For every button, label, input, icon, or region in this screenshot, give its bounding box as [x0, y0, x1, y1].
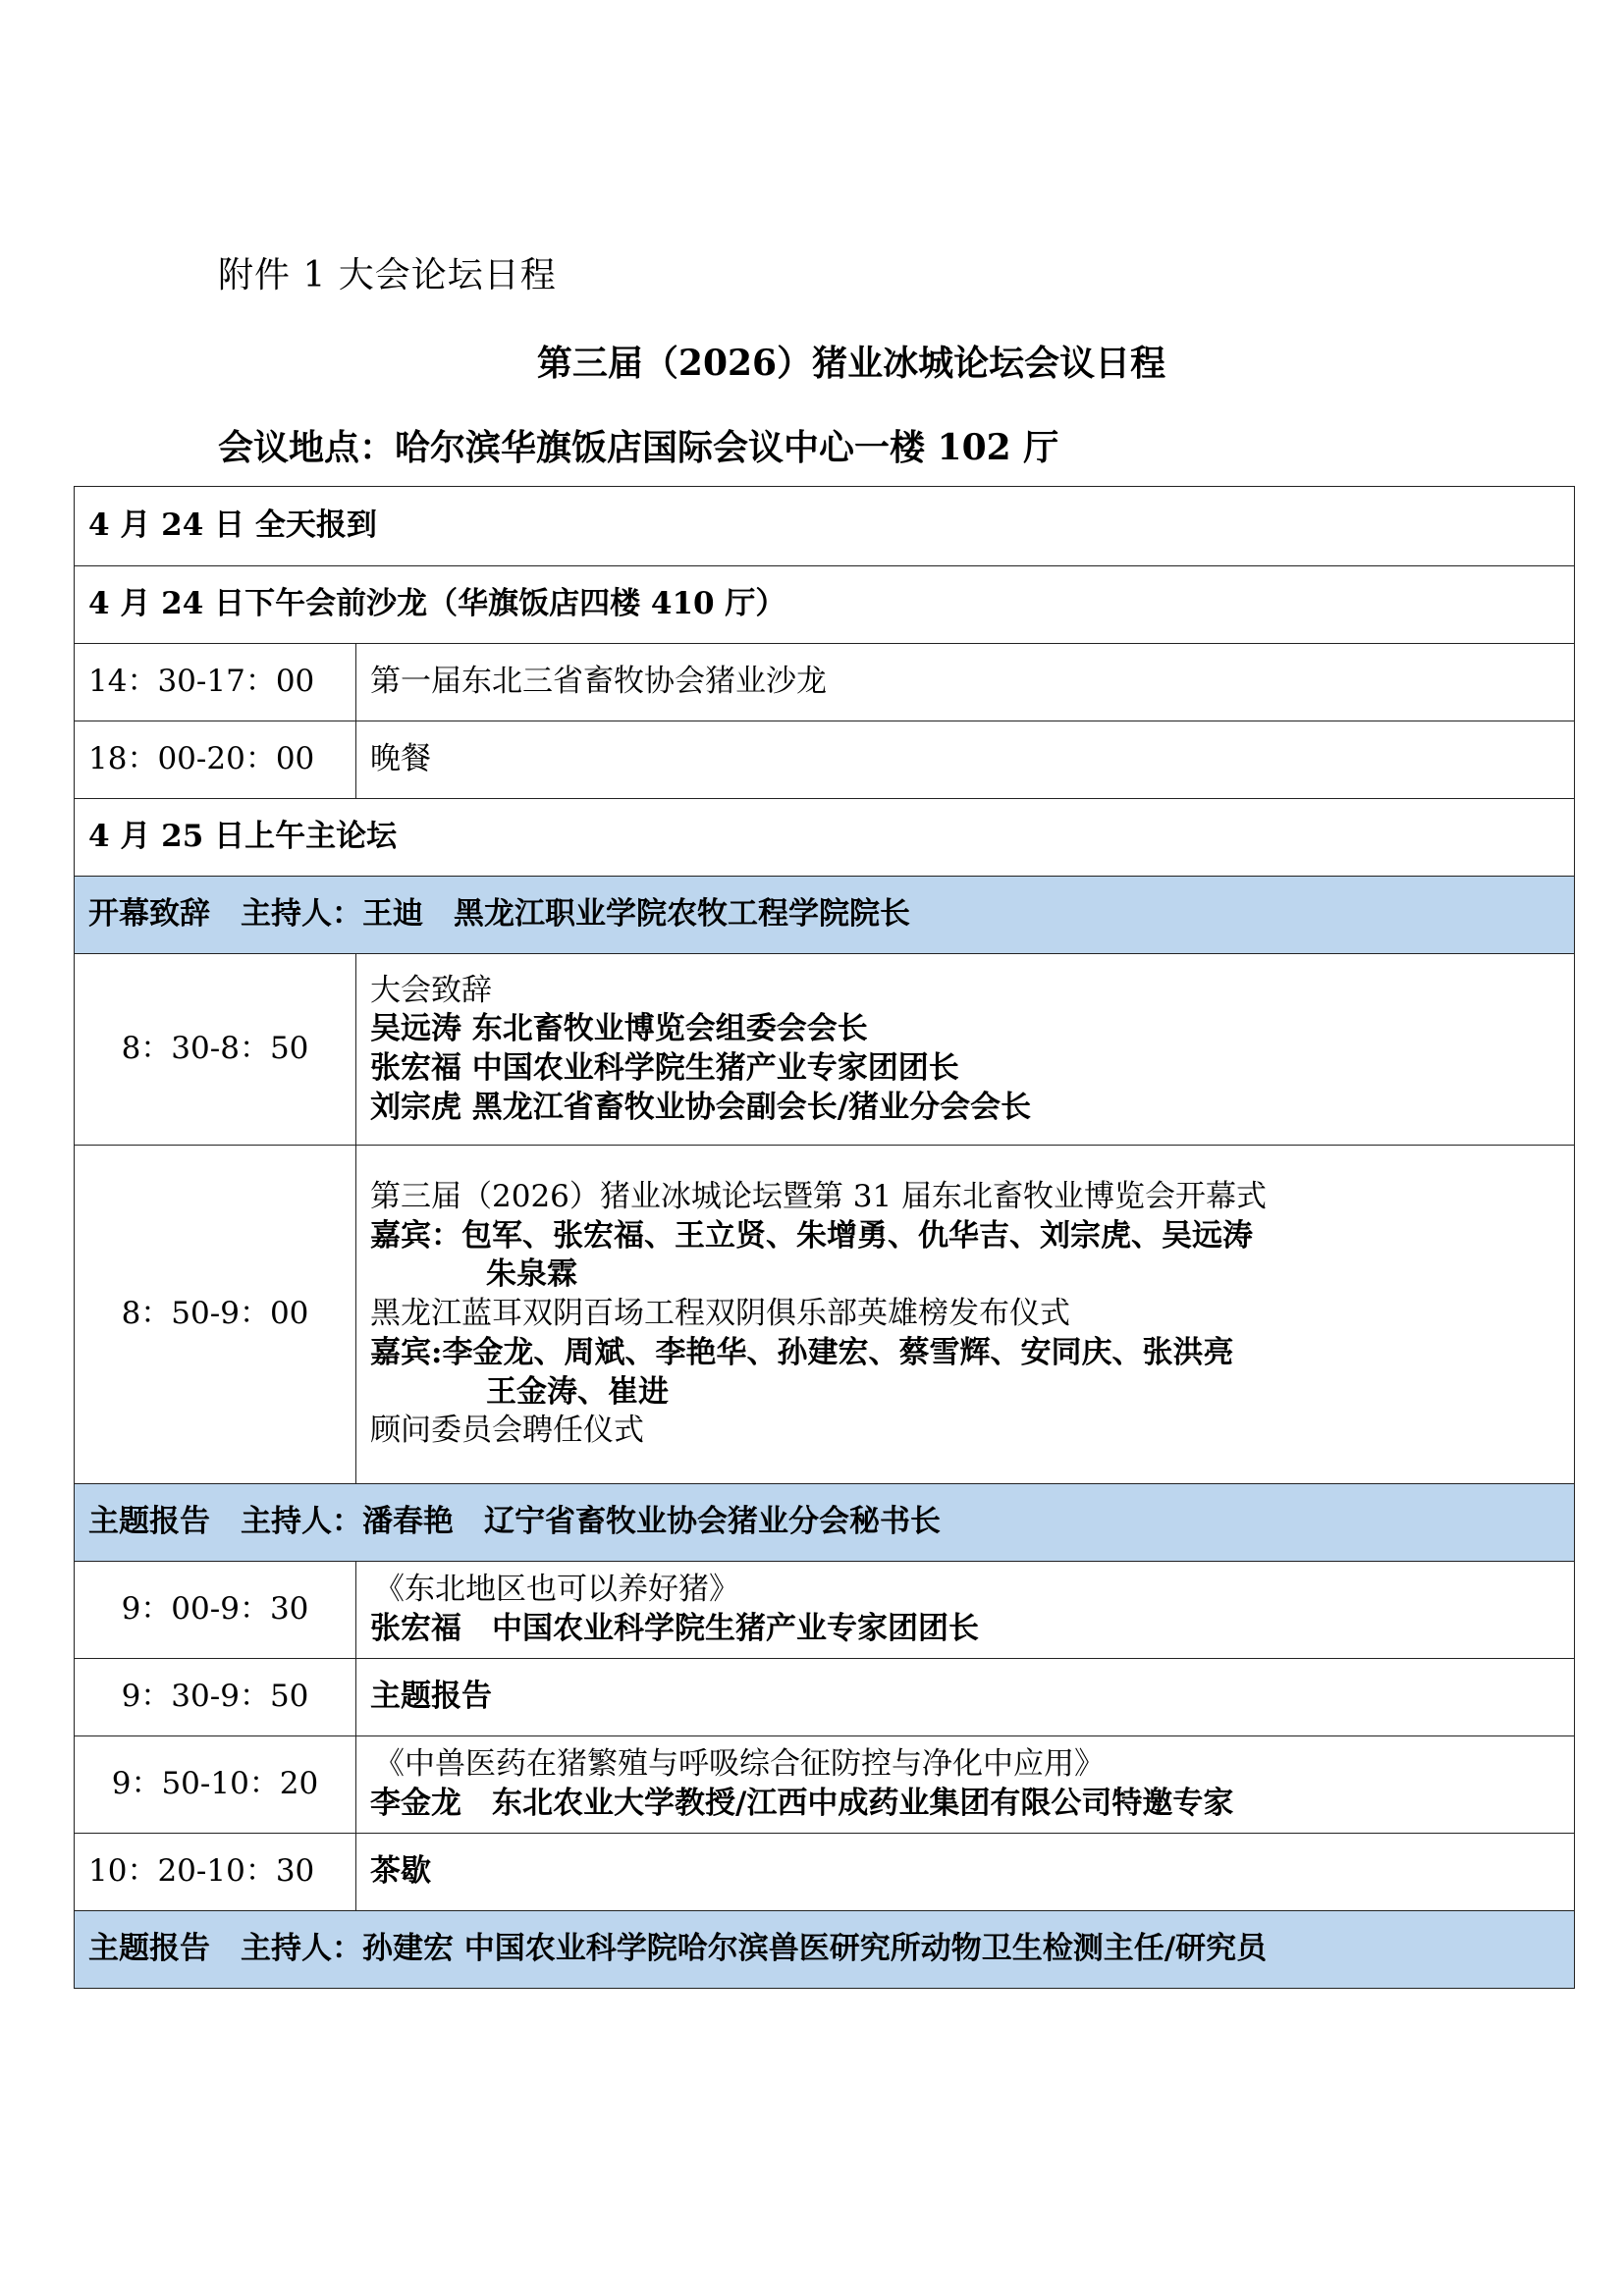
advisory-ceremony: 顾问委员会聘任仪式 [370, 1412, 1560, 1451]
welcome-speaker: 刘宗虎 黑龙江省畜牧业协会副会长/猪业分会会长 [370, 1089, 1560, 1128]
table-row: 9：30-9：50 主题报告 [75, 1659, 1575, 1736]
opening-guests: 嘉宾：包军、张宏福、王立贤、朱增勇、仇华吉、刘宗虎、吴远涛 [370, 1217, 1560, 1256]
opening-ceremony-title: 第三届（2026）猪业冰城论坛暨第 31 届东北畜牧业博览会开幕式 [370, 1178, 1560, 1217]
ceremony-time: 8：50-9：00 [75, 1146, 356, 1484]
release-ceremony-title: 黑龙江蓝耳双阴百场工程双阴俱乐部英雄榜发布仪式 [370, 1295, 1560, 1334]
talk1-detail: 《东北地区也可以养好猪》 张宏福 中国农业科学院生猪产业专家团团长 [356, 1562, 1575, 1659]
table-row: 主题报告 主持人：潘春艳 辽宁省畜牧业协会猪业分会秘书长 [75, 1484, 1575, 1562]
welcome-detail: 大会致辞 吴远涛 东北畜牧业博览会组委会会长 张宏福 中国农业科学院生猪产业专家… [356, 954, 1575, 1146]
break-time: 10：20-10：30 [75, 1834, 356, 1911]
ceremony-detail: 第三届（2026）猪业冰城论坛暨第 31 届东北畜牧业博览会开幕式 嘉宾：包军、… [356, 1146, 1575, 1484]
table-row: 4 月 25 日上午主论坛 [75, 799, 1575, 877]
talk3-detail: 《中兽医药在猪繁殖与呼吸综合征防控与净化中应用》 李金龙 东北农业大学教授/江西… [356, 1736, 1575, 1834]
schedule-table: 4 月 24 日 全天报到 4 月 24 日下午会前沙龙（华旗饭店四楼 410 … [74, 486, 1575, 1989]
talk2-time: 9：30-9：50 [75, 1659, 356, 1736]
release-guests-cont: 王金涛、崔进 [370, 1373, 1560, 1413]
release-guests: 嘉宾:李金龙、周斌、李艳华、孙建宏、蔡雪辉、安同庆、张洪亮 [370, 1334, 1560, 1373]
welcome-speaker: 吴远涛 东北畜牧业博览会组委会会长 [370, 1010, 1560, 1049]
table-row: 18：00-20：00 晚餐 [75, 721, 1575, 799]
table-row: 9：50-10：20 《中兽医药在猪繁殖与呼吸综合征防控与净化中应用》 李金龙 … [75, 1736, 1575, 1834]
attachment-label: 附件 1 大会论坛日程 [218, 247, 557, 297]
opening-section-header: 开幕致辞 主持人：王迪 黑龙江职业学院农牧工程学院院长 [75, 877, 1575, 954]
talk1-speaker: 张宏福 中国农业科学院生猪产业专家团团长 [370, 1610, 1560, 1649]
talk2-title: 主题报告 [356, 1659, 1575, 1736]
day1-registration: 4 月 24 日 全天报到 [75, 487, 1575, 566]
table-row: 9：00-9：30 《东北地区也可以养好猪》 张宏福 中国农业科学院生猪产业专家… [75, 1562, 1575, 1659]
day2-header: 4 月 25 日上午主论坛 [75, 799, 1575, 877]
table-row: 4 月 24 日 全天报到 [75, 487, 1575, 566]
table-row: 8：30-8：50 大会致辞 吴远涛 东北畜牧业博览会组委会会长 张宏福 中国农… [75, 954, 1575, 1146]
salon-time: 14：30-17：00 [75, 644, 356, 721]
keynote-section-header-2: 主题报告 主持人：孙建宏 中国农业科学院哈尔滨兽医研究所动物卫生检测主任/研究员 [75, 1911, 1575, 1989]
break-text: 茶歇 [356, 1834, 1575, 1911]
welcome-title: 大会致辞 [370, 972, 1560, 1011]
document-title: 第三届（2026）猪业冰城论坛会议日程 [0, 336, 1624, 386]
venue-line: 会议地点：哈尔滨华旗饭店国际会议中心一楼 102 厅 [218, 420, 1058, 470]
talk3-time: 9：50-10：20 [75, 1736, 356, 1834]
talk3-title: 《中兽医药在猪繁殖与呼吸综合征防控与净化中应用》 [370, 1745, 1560, 1785]
welcome-speaker: 张宏福 中国农业科学院生猪产业专家团团长 [370, 1049, 1560, 1089]
talk3-speaker: 李金龙 东北农业大学教授/江西中成药业集团有限公司特邀专家 [370, 1785, 1560, 1824]
welcome-time: 8：30-8：50 [75, 954, 356, 1146]
table-row: 主题报告 主持人：孙建宏 中国农业科学院哈尔滨兽医研究所动物卫生检测主任/研究员 [75, 1911, 1575, 1989]
salon-text: 第一届东北三省畜牧协会猪业沙龙 [356, 644, 1575, 721]
day1-salon-header: 4 月 24 日下午会前沙龙（华旗饭店四楼 410 厅） [75, 566, 1575, 644]
table-row: 10：20-10：30 茶歇 [75, 1834, 1575, 1911]
table-row: 开幕致辞 主持人：王迪 黑龙江职业学院农牧工程学院院长 [75, 877, 1575, 954]
table-row: 4 月 24 日下午会前沙龙（华旗饭店四楼 410 厅） [75, 566, 1575, 644]
keynote-section-header-1: 主题报告 主持人：潘春艳 辽宁省畜牧业协会猪业分会秘书长 [75, 1484, 1575, 1562]
table-row: 8：50-9：00 第三届（2026）猪业冰城论坛暨第 31 届东北畜牧业博览会… [75, 1146, 1575, 1484]
opening-guests-cont: 朱泉霖 [370, 1255, 1560, 1295]
talk1-time: 9：00-9：30 [75, 1562, 356, 1659]
talk1-title: 《东北地区也可以养好猪》 [370, 1571, 1560, 1610]
dinner-text: 晚餐 [356, 721, 1575, 799]
dinner-time: 18：00-20：00 [75, 721, 356, 799]
table-row: 14：30-17：00 第一届东北三省畜牧协会猪业沙龙 [75, 644, 1575, 721]
